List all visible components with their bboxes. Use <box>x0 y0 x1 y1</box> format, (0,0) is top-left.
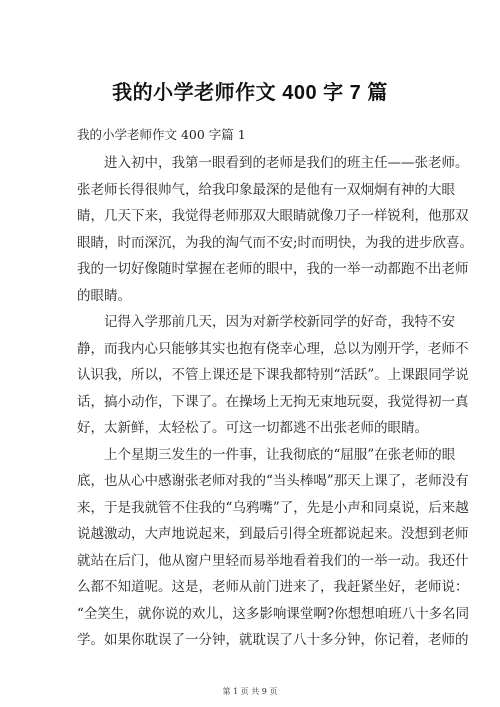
text-line: 进入初中，我第一眼看到的老师是我们的班主任——张老师。 <box>77 150 427 177</box>
text-line: 眼睛，时而深沉，为我的淘气而不安;时而明快，为我的进步欣喜。 <box>77 230 427 257</box>
text-line: 么都不知道呢。这是，老师从前门进来了，我赶紧坐好，老师说： <box>77 574 427 601</box>
text-line: 学。如果你耽误了一分钟，就耽误了八十多分钟，你记着，老师的 <box>77 627 427 654</box>
text-line: 话，搞小动作，下课了。在操场上无拘无束地玩耍，我觉得初一真 <box>77 389 427 416</box>
text-line: 张老师长得很帅气，给我印象最深的是他有一双炯炯有神的大眼 <box>77 177 427 204</box>
text-line: “全笑生，就你说的欢儿，这多影响课堂啊?你想想咱班八十多名同 <box>77 601 427 628</box>
document-page: 我的小学老师作文 400 字 7 篇 我的小学老师作文 400 字篇 1 进入初… <box>0 0 500 707</box>
page-number-footer: 第 1 页 共 9 页 <box>0 686 500 697</box>
text-line: 的眼睛。 <box>77 283 427 310</box>
document-body: 进入初中，我第一眼看到的老师是我们的班主任——张老师。张老师长得很帅气，给我印象… <box>77 150 427 654</box>
text-line: 静，而我内心只能够其实也抱有侥幸心理，总以为刚开学，老师不 <box>77 336 427 363</box>
text-line: 底，也从心中感谢张老师对我的“当头棒喝”那天上课了，老师没有 <box>77 468 427 495</box>
text-line: 就站在后门，他从窗户里轻而易举地看着我们的一举一动。我还什 <box>77 548 427 575</box>
text-line: 认识我，所以，不管上课还是下课我都特别“活跃”。上课跟同学说 <box>77 362 427 389</box>
text-line: 睛，几天下来，我觉得老师那双大眼睛就像刀子一样锐利，他那双 <box>77 203 427 230</box>
text-line: 记得入学那前几天，因为对新学校新同学的好奇，我特不安 <box>77 309 427 336</box>
text-line: 我的一切好像随时掌握在老师的眼中，我的一举一动都跑不出老师 <box>77 256 427 283</box>
section-heading: 我的小学老师作文 400 字篇 1 <box>77 125 246 143</box>
text-line: 好，太新鲜，太轻松了。可这一切都逃不出张老师的眼睛。 <box>77 415 427 442</box>
document-title: 我的小学老师作文 400 字 7 篇 <box>0 76 500 105</box>
text-line: 说越激动，大声地说起来，到最后引得全班都说起来。没想到老师 <box>77 521 427 548</box>
text-line: 来，于是我就管不住我的“乌鸦嘴”了，先是小声和同桌说，后来越 <box>77 495 427 522</box>
text-line: 上个星期三发生的一件事，让我彻底的“屈服”在张老师的眼 <box>77 442 427 469</box>
